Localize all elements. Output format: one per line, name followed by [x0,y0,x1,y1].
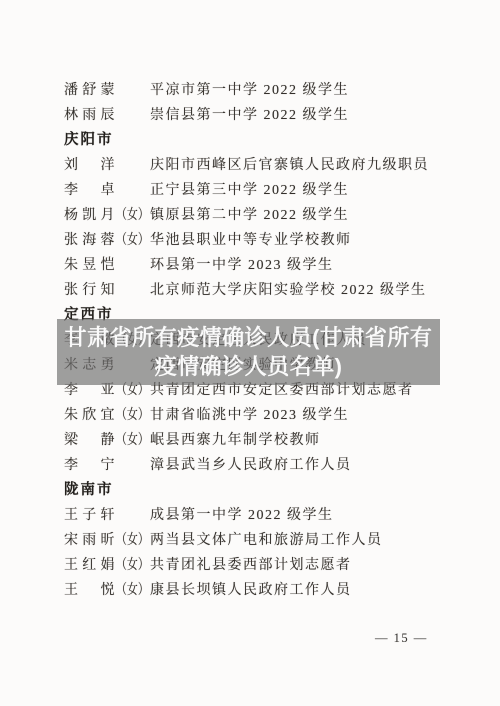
person-name: 朱欣宜 [64,404,116,424]
person-name: 李 卓 [64,179,116,199]
section-header: 陇南市 [64,476,464,501]
watermark-title-line1: 甘肃省所有疫情确诊人员(甘肃省所有 [65,323,433,352]
roster-row: 王 悦（女）康县长坝镇人民政府工作人员 [64,576,464,601]
person-name: 宋雨昕 [64,529,116,549]
person-name: 王子轩 [64,504,116,524]
person-affiliation: 平凉市第一中学 2022 级学生 [150,79,464,99]
watermark-overlay: 甘肃省所有疫情确诊人员(甘肃省所有 疫情确诊人员名单) [57,319,440,385]
roster-row: 林雨辰崇信县第一中学 2022 级学生 [64,101,464,126]
person-name: 刘 洋 [64,154,116,174]
roster-row: 潘舒蒙平凉市第一中学 2022 级学生 [64,76,464,101]
person-affiliation: 岷县西寨九年制学校教师 [150,429,464,449]
person-name: 王 悦 [64,579,116,599]
document-page: 潘舒蒙平凉市第一中学 2022 级学生林雨辰崇信县第一中学 2022 级学生庆阳… [0,0,500,706]
roster-row: 王红娟（女）共青团礼县委西部计划志愿者 [64,551,464,576]
person-name: 朱昱恺 [64,254,116,274]
person-affiliation: 华池县职业中等专业学校教师 [150,229,464,249]
person-affiliation: 甘肃省临洮中学 2023 级学生 [150,404,464,424]
person-name: 梁 静 [64,429,116,449]
person-gender: （女） [116,529,143,549]
roster-row: 李 宁漳县武当乡人民政府工作人员 [64,451,464,476]
roster-row: 朱昱恺环县第一中学 2023 级学生 [64,251,464,276]
roster-row: 张海蓉（女）华池县职业中等专业学校教师 [64,226,464,251]
person-affiliation: 庆阳市西峰区后官寨镇人民政府九级职员 [150,154,464,174]
roster-row: 梁 静（女）岷县西寨九年制学校教师 [64,426,464,451]
roster-row: 朱欣宜（女）甘肃省临洮中学 2023 级学生 [64,401,464,426]
person-affiliation: 漳县武当乡人民政府工作人员 [150,454,464,474]
person-affiliation: 崇信县第一中学 2022 级学生 [150,104,464,124]
person-affiliation: 环县第一中学 2023 级学生 [150,254,464,274]
person-gender: （女） [116,404,143,424]
person-gender: （女） [116,579,143,599]
person-name: 张海蓉 [64,229,116,249]
roster-row: 李 卓正宁县第三中学 2022 级学生 [64,176,464,201]
person-affiliation: 成县第一中学 2022 级学生 [150,504,464,524]
person-name: 张行知 [64,279,116,299]
person-name: 潘舒蒙 [64,79,116,99]
roster-row: 王子轩成县第一中学 2022 级学生 [64,501,464,526]
person-affiliation: 共青团礼县委西部计划志愿者 [150,554,464,574]
person-gender: （女） [116,554,143,574]
person-gender: （女） [116,229,143,249]
person-affiliation: 两当县文体广电和旅游局工作人员 [150,529,464,549]
person-name: 林雨辰 [64,104,116,124]
person-gender: （女） [116,429,143,449]
person-name: 王红娟 [64,554,116,574]
person-affiliation: 康县长坝镇人民政府工作人员 [150,579,464,599]
person-affiliation: 镇原县第二中学 2022 级学生 [150,204,464,224]
person-gender: （女） [116,204,143,224]
person-name: 杨凯月 [64,204,116,224]
section-header: 庆阳市 [64,126,464,151]
person-affiliation: 北京师范大学庆阳实验学校 2022 级学生 [150,279,464,299]
roster-row: 刘 洋庆阳市西峰区后官寨镇人民政府九级职员 [64,151,464,176]
page-number: — 15 — [375,631,428,646]
person-name: 李 宁 [64,454,116,474]
roster-row: 张行知北京师范大学庆阳实验学校 2022 级学生 [64,276,464,301]
roster-row: 宋雨昕（女）两当县文体广电和旅游局工作人员 [64,526,464,551]
person-affiliation: 正宁县第三中学 2022 级学生 [150,179,464,199]
roster-row: 杨凯月（女）镇原县第二中学 2022 级学生 [64,201,464,226]
watermark-title-line2: 疫情确诊人员名单) [155,352,343,381]
